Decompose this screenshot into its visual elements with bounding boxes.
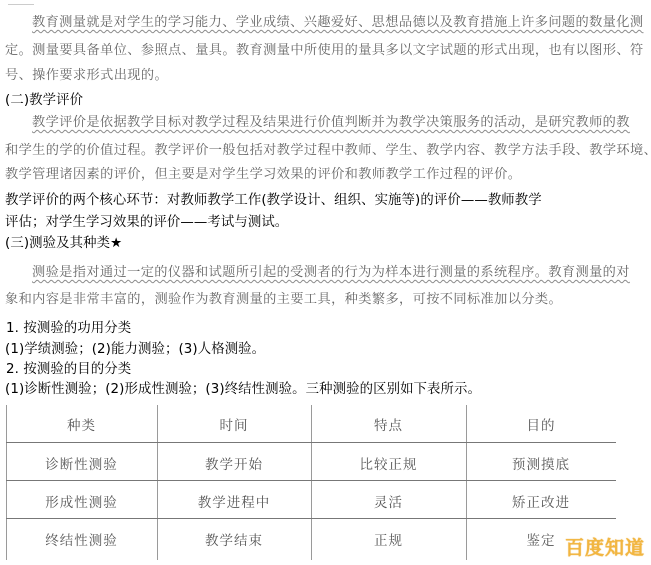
table-cell: 终结性测验 — [6, 529, 157, 549]
heading-teaching-evaluation: (二)教学评价 — [5, 89, 83, 108]
evaluation-scan-line-3-text: 教学管理诸因素的评价，但主要是对学生学习效果的评价和教师教学工作过程的评价。 — [5, 167, 521, 182]
evaluation-scan-line-3: 教学管理诸因素的评价，但主要是对学生学习效果的评价和教师教学工作过程的评价。 — [5, 163, 521, 182]
table-header-type: 种类 — [6, 414, 157, 434]
table-rule-2 — [6, 480, 616, 481]
table-cell: 比较正规 — [311, 453, 466, 473]
table-cell: 正规 — [311, 529, 466, 549]
intro-line-2: 定。测量要具备单位、参照点、量具。教育测量中所使用的量具多以文字试题的形式出现，… — [5, 39, 644, 58]
baidu-zhidao-watermark: 百度知道 — [565, 533, 645, 560]
tests-item-2: (1)学绩测验；(2)能力测验；(3)人格测验。 — [5, 338, 265, 357]
intro-line-3: 号、操作要求形式出现的。 — [5, 64, 168, 83]
table-header-purpose: 目的 — [466, 414, 616, 434]
test-comparison-table: 种类 时间 特点 目的 诊断性测验 教学开始 比较正规 预测摸底 形成性测验 教… — [6, 405, 616, 560]
table-header-feature: 特点 — [311, 414, 466, 434]
table-cell: 预测摸底 — [466, 453, 616, 473]
tests-item-1: 1. 按测验的功用分类 — [6, 317, 131, 336]
intro-line-2-text: 定。测量要具备单位、参照点、量具。教育测量中所使用的量具多以文字试题的形式出现，… — [5, 43, 644, 58]
table-cell: 灵活 — [311, 491, 466, 511]
tests-scan-line-1: 测验是指对通过一定的仪器和试题所引起的受测者的行为为样本进行测量的系统程序。教育… — [32, 261, 630, 280]
intro-line-3-text: 号、操作要求形式出现的。 — [5, 68, 168, 83]
evaluation-scan-line-2: 和学生的学的价值过程。教学评价一般包括对教学过程中教师、学生、教学内容、教学方法… — [5, 139, 651, 158]
tests-item-3: 2. 按测验的目的分类 — [6, 358, 131, 377]
tests-scan-line-1-text: 测验是指对通过一定的仪器和试题所引起的受测者的行为为样本进行测量的系统程序。教育… — [32, 265, 630, 280]
heading-tests-and-types: (三)测验及其种类★ — [5, 232, 122, 251]
tests-item-4: (1)诊断性测验；(2)形成性测验；(3)终结性测验。三种测验的区别如下表所示。 — [5, 378, 481, 397]
table-cell: 形成性测验 — [6, 491, 157, 511]
tests-scan-line-2-text: 象和内容是非常丰富的，测验作为教育测量的主要工具，种类繁多，可按不同标准加以分类… — [5, 292, 562, 307]
intro-line-1-text: 教育测量就是对学生的学习能力、学业成绩、兴趣爱好、思想品德以及教育措施上许多问题… — [32, 15, 643, 30]
evaluation-scan-line-1-text: 教学评价是依据教学目标对教学过程及结果进行价值判断并为教学决策服务的活动，是研究… — [32, 115, 630, 130]
table-cell: 诊断性测验 — [6, 453, 157, 473]
table-cell: 矫正改进 — [466, 491, 616, 511]
table-cell: 教学进程中 — [157, 491, 311, 511]
table-rule-3 — [6, 518, 616, 519]
page-top-fragment — [8, 0, 34, 5]
intro-line-1: 教育测量就是对学生的学习能力、学业成绩、兴趣爱好、思想品德以及教育措施上许多问题… — [32, 11, 643, 30]
table-cell: 教学结束 — [157, 529, 311, 549]
evaluation-typed-line-2: 评估；对学生学习效果的评价——考试与测试。 — [5, 211, 288, 230]
table-cell: 教学开始 — [157, 453, 311, 473]
evaluation-typed-line-1: 教学评价的两个核心环节：对教师教学工作(教学设计、组织、实施等)的评价——教师教… — [5, 189, 542, 208]
table-header-time: 时间 — [157, 414, 311, 434]
table-rule-1 — [6, 442, 616, 443]
evaluation-scan-line-2-text: 和学生的学的价值过程。教学评价一般包括对教学过程中教师、学生、教学内容、教学方法… — [5, 143, 651, 158]
evaluation-scan-line-1: 教学评价是依据教学目标对教学过程及结果进行价值判断并为教学决策服务的活动，是研究… — [32, 111, 630, 130]
tests-scan-line-2: 象和内容是非常丰富的，测验作为教育测量的主要工具，种类繁多，可按不同标准加以分类… — [5, 288, 562, 307]
